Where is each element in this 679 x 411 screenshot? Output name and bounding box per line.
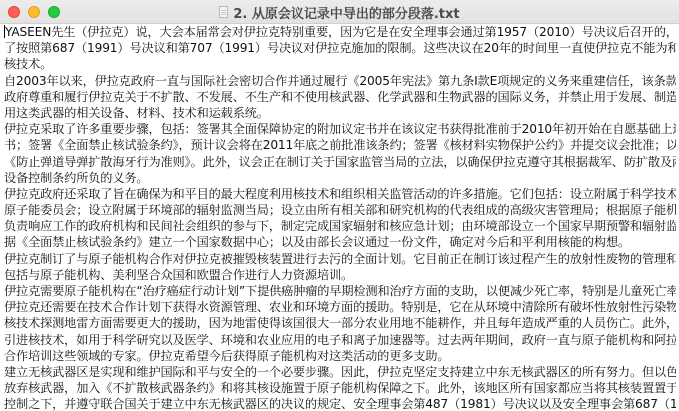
text-line: 原子能委员会；设立附属于环境部的辐射监测当局；设立由所有相关部和研究机构的代表组…: [4, 202, 676, 218]
text-line: 书；签署《全面禁止核试验条约》，预计议会将在2011年底之前批准该条约；签署《核…: [4, 137, 676, 153]
text-line: 用这类武器的相关设备、材料、技术和运载系统。: [4, 105, 676, 121]
title-bar[interactable]: 2. 从原会议记录中导出的部分段落.txt: [0, 0, 679, 24]
text-line: 设备控制条约所负的义务。: [4, 170, 676, 186]
text-line: 政府尊重和履行伊拉克关于不扩散、不发展、不生产和不使用核武器、化学武器和生物武器…: [4, 89, 676, 105]
text-line: 合作培训这些领域的专家。伊拉克希望今后获得原子能机构对这类活动的更多支助。: [4, 348, 676, 364]
window-title: 2. 从原会议记录中导出的部分段落.txt: [0, 0, 679, 24]
text-line: 包括与原子能机构、美利坚合众国和欧盟合作进行人力资源培训。: [4, 267, 676, 283]
text-line: 放弃核武器，加入《不扩散核武器条约》和将其核设施置于原子能机构保障之下。此外，该…: [4, 380, 676, 396]
text-line: 伊拉克需要原子能机构在“治疗癌症行动计划”下提供癌肿瘤的早期检测和治疗方面的支助…: [4, 283, 676, 299]
text-line: YASEEN先生（伊拉克）说，大会本届常会对伊拉克特别重要，因为它是在安全理事会…: [4, 24, 676, 40]
text-file-icon: [219, 6, 228, 18]
text-line: 了按照第687（1991）号决议和第707（1991）号决议对伊拉克施加的限制。…: [4, 40, 676, 56]
text-line: 核技术探测地雷方面需要更大的援助，因为地雷使得该国很大一部分农业用地不能耕作，并…: [4, 315, 676, 331]
text-line: 控制之下，并遵守联合国关于建立中东无核武器区的决议的规定、安全理事会第487（1…: [4, 396, 676, 411]
document-text-area[interactable]: YASEEN先生（伊拉克）说，大会本届常会对伊拉克特别重要，因为它是在安全理事会…: [4, 24, 676, 411]
text-line: 自2003年以来，伊拉克政府一直与国际社会密切合作并通过履行《2005年宪法》第…: [4, 73, 676, 89]
text-line: 伊拉克采取了许多重要步骤，包括：签署其全面保障协定的附加议定书并在该议定书获得批…: [4, 121, 676, 137]
text-line: 建立无核武器区是实现和维护国际和平与安全的一个必要步骤。因此，伊拉克坚定支持建立…: [4, 364, 676, 380]
text-line: 据《全面禁止核试验条约》建立一个国家数据中心；以及由部长会议通过一份文件，确定对…: [4, 234, 676, 250]
text-line: 伊拉克政府还采取了旨在确保为和平目的最大程度利用核技术和组织相关监管活动的许多措…: [4, 186, 676, 202]
text-line: 伊拉克制订了与原子能机构合作对伊拉克被摧毁核装置进行去污的全面计划。它目前正在制…: [4, 251, 676, 267]
text-line: 《防止弹道导弹扩散海牙行为准则》。此外，议会正在制订关于国家监管当局的立法，以确…: [4, 154, 676, 170]
text-line: 负责响应工作的政府机构和民间社会组织的参与下，制定完成国家辐射和核应急计划；由环…: [4, 218, 676, 234]
text-line: 伊拉克还需要在技术合作计划下获得水资源管理、农业和环境方面的援助。特别是，它在从…: [4, 299, 676, 315]
text-line: 核技术。: [4, 56, 676, 72]
text-line: 引进核技术，如用于科学研究以及医学、环境和农业应用的电子和离子加速器等。过去两年…: [4, 332, 676, 348]
window-title-text: 2. 从原会议记录中导出的部分段落.txt: [233, 3, 459, 22]
text-editor-window: 2. 从原会议记录中导出的部分段落.txt YASEEN先生（伊拉克）说，大会本…: [0, 0, 679, 411]
